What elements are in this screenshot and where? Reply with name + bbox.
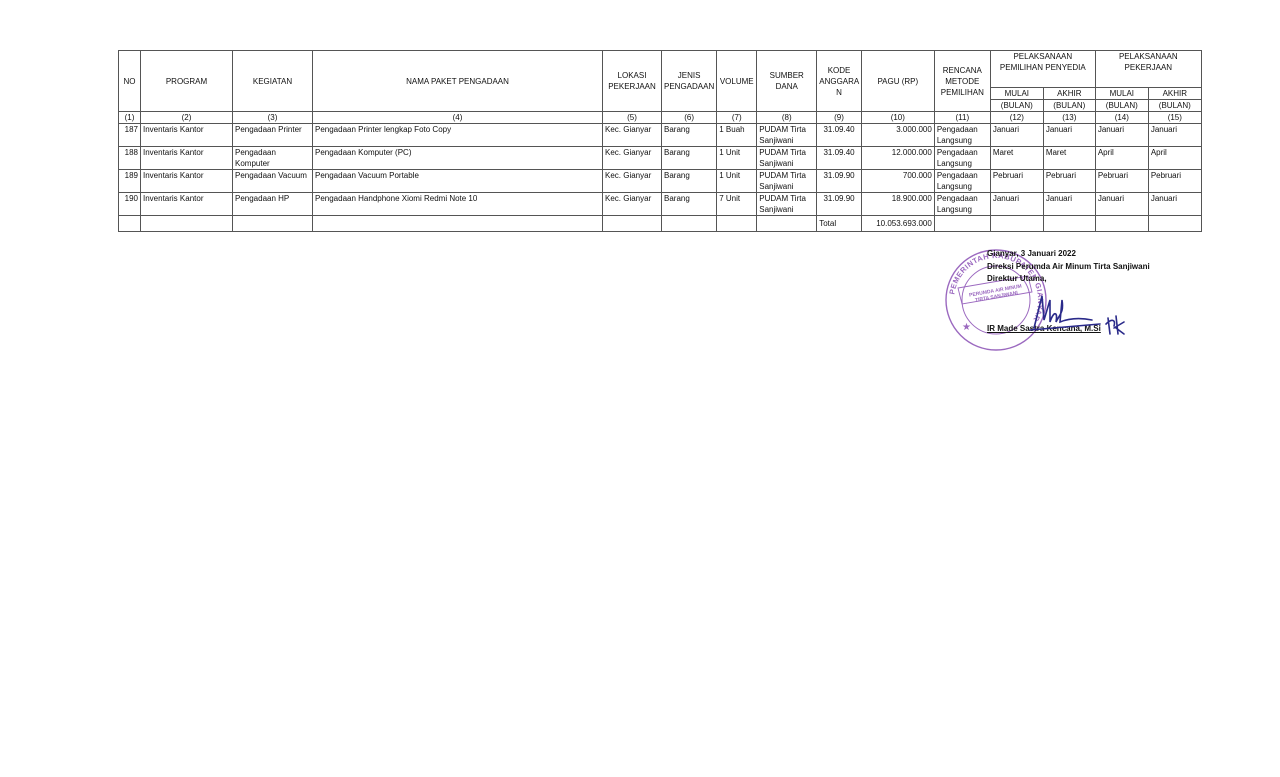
column-number: (15) [1148,112,1201,124]
cell-sumber-dana: PUDAM Tirta Sanjiwani [757,170,817,193]
column-number: (6) [662,112,717,124]
empty-cell [141,216,233,232]
header-bulan: (BULAN) [1148,100,1201,112]
cell-metode: Pengadaan Langsung [934,147,990,170]
empty-cell [990,216,1043,232]
column-number: (13) [1043,112,1095,124]
header-program: PROGRAM [141,51,233,112]
cell-kegiatan: Pengadaan Printer [233,124,313,147]
header-pemilihan-akhir: AKHIR [1043,88,1095,100]
empty-cell [119,216,141,232]
column-number: (11) [934,112,990,124]
cell-jenis: Barang [662,193,717,216]
procurement-plan-table: NO PROGRAM KEGIATAN NAMA PAKET PENGADAAN… [118,50,1202,232]
place-date: Gianyar, 3 Januari 2022 [987,248,1150,261]
cell-pekerjaan-mulai: Januari [1095,124,1148,147]
column-number: (10) [861,112,934,124]
cell-lokasi: Kec. Gianyar [603,124,662,147]
cell-no: 188 [119,147,141,170]
header-pekerjaan-akhir: AKHIR [1148,88,1201,100]
header-volume: VOLUME [717,51,757,112]
header-pemilihan-mulai: MULAI [990,88,1043,100]
column-number: (14) [1095,112,1148,124]
column-number: (3) [233,112,313,124]
empty-cell [1043,216,1095,232]
total-label: Total [817,216,862,232]
cell-jenis: Barang [662,170,717,193]
header-no: NO [119,51,141,112]
cell-no: 187 [119,124,141,147]
cell-pagu: 3.000.000 [861,124,934,147]
cell-program: Inventaris Kantor [141,170,233,193]
cell-jenis: Barang [662,124,717,147]
header-bulan: (BULAN) [1095,100,1148,112]
header-kode-anggaran: KODE ANGGARA N [817,51,862,112]
cell-volume: 7 Unit [717,193,757,216]
column-number: (5) [603,112,662,124]
cell-pekerjaan-akhir: Pebruari [1148,170,1201,193]
column-number-row: (1)(2)(3)(4)(5)(6)(7)(8)(9)(10)(11)(12)(… [119,112,1202,124]
cell-pekerjaan-mulai: Pebruari [1095,170,1148,193]
cell-lokasi: Kec. Gianyar [603,193,662,216]
header-rencana-metode: RENCANA METODE PEMILIHAN [934,51,990,112]
cell-metode: Pengadaan Langsung [934,193,990,216]
header-bulan: (BULAN) [990,100,1043,112]
cell-pagu: 12.000.000 [861,147,934,170]
cell-pekerjaan-akhir: April [1148,147,1201,170]
empty-cell [662,216,717,232]
header-nama-paket: NAMA PAKET PENGADAAN [313,51,603,112]
cell-kode: 31.09.90 [817,170,862,193]
column-number: (4) [313,112,603,124]
empty-cell [233,216,313,232]
empty-cell [1095,216,1148,232]
cell-nama-paket: Pengadaan Printer lengkap Foto Copy [313,124,603,147]
column-number: (1) [119,112,141,124]
table-row: 188Inventaris KantorPengadaan KomputerPe… [119,147,1202,170]
cell-pemilihan-akhir: Januari [1043,193,1095,216]
column-number: (2) [141,112,233,124]
cell-program: Inventaris Kantor [141,147,233,170]
cell-pekerjaan-akhir: Januari [1148,193,1201,216]
cell-pekerjaan-mulai: April [1095,147,1148,170]
table-row: 189Inventaris KantorPengadaan VacuumPeng… [119,170,1202,193]
cell-lokasi: Kec. Gianyar [603,170,662,193]
cell-no: 189 [119,170,141,193]
signature-block: Gianyar, 3 Januari 2022 Direksi Perumda … [987,248,1150,286]
cell-program: Inventaris Kantor [141,193,233,216]
header-pagu: PAGU (RP) [861,51,934,112]
total-value: 10.053.693.000 [861,216,934,232]
table-row: 187Inventaris KantorPengadaan PrinterPen… [119,124,1202,147]
empty-cell [313,216,603,232]
header-pekerjaan-mulai: MULAI [1095,88,1148,100]
cell-kode: 31.09.40 [817,147,862,170]
header-sumber-dana: SUMBER DANA [757,51,817,112]
column-number: (8) [757,112,817,124]
cell-lokasi: Kec. Gianyar [603,147,662,170]
cell-kegiatan: Pengadaan Vacuum [233,170,313,193]
cell-nama-paket: Pengadaan Komputer (PC) [313,147,603,170]
empty-cell [717,216,757,232]
cell-program: Inventaris Kantor [141,124,233,147]
cell-sumber-dana: PUDAM Tirta Sanjiwani [757,147,817,170]
cell-kode: 31.09.40 [817,124,862,147]
cell-pemilihan-mulai: Januari [990,193,1043,216]
cell-volume: 1 Unit [717,170,757,193]
header-jenis: JENIS PENGADAAN [662,51,717,112]
cell-pemilihan-akhir: Maret [1043,147,1095,170]
header-bulan: (BULAN) [1043,100,1095,112]
organization-name: Direksi Perumda Air Minum Tirta Sanjiwan… [987,261,1150,274]
handwritten-signature [1020,290,1130,340]
cell-kode: 31.09.90 [817,193,862,216]
cell-pemilihan-mulai: Januari [990,124,1043,147]
cell-pemilihan-akhir: Januari [1043,124,1095,147]
header-pelaksanaan-pemilihan: PELAKSANAAN PEMILIHAN PENYEDIA [990,51,1095,88]
cell-volume: 1 Unit [717,147,757,170]
cell-pemilihan-akhir: Pebruari [1043,170,1095,193]
cell-sumber-dana: PUDAM Tirta Sanjiwani [757,193,817,216]
total-row: Total10.053.693.000 [119,216,1202,232]
column-number: (9) [817,112,862,124]
column-number: (12) [990,112,1043,124]
empty-cell [1148,216,1201,232]
cell-jenis: Barang [662,147,717,170]
cell-no: 190 [119,193,141,216]
cell-pemilihan-mulai: Maret [990,147,1043,170]
cell-kegiatan: Pengadaan HP [233,193,313,216]
cell-pagu: 18.900.000 [861,193,934,216]
header-pelaksanaan-pekerjaan: PELAKSANAAN PEKERJAAN [1095,51,1201,88]
cell-metode: Pengadaan Langsung [934,124,990,147]
table-row: 190Inventaris KantorPengadaan HPPengadaa… [119,193,1202,216]
header-lokasi: LOKASI PEKERJAAN [603,51,662,112]
cell-nama-paket: Pengadaan Handphone Xiomi Redmi Note 10 [313,193,603,216]
cell-nama-paket: Pengadaan Vacuum Portable [313,170,603,193]
cell-volume: 1 Buah [717,124,757,147]
svg-text:★: ★ [962,322,971,333]
header-kegiatan: KEGIATAN [233,51,313,112]
column-number: (7) [717,112,757,124]
cell-pagu: 700.000 [861,170,934,193]
empty-cell [603,216,662,232]
cell-pemilihan-mulai: Pebruari [990,170,1043,193]
empty-cell [757,216,817,232]
cell-pekerjaan-mulai: Januari [1095,193,1148,216]
cell-pekerjaan-akhir: Januari [1148,124,1201,147]
cell-kegiatan: Pengadaan Komputer [233,147,313,170]
signer-position: Direktur Utama, [987,273,1150,286]
cell-metode: Pengadaan Langsung [934,170,990,193]
cell-sumber-dana: PUDAM Tirta Sanjiwani [757,124,817,147]
empty-cell [934,216,990,232]
